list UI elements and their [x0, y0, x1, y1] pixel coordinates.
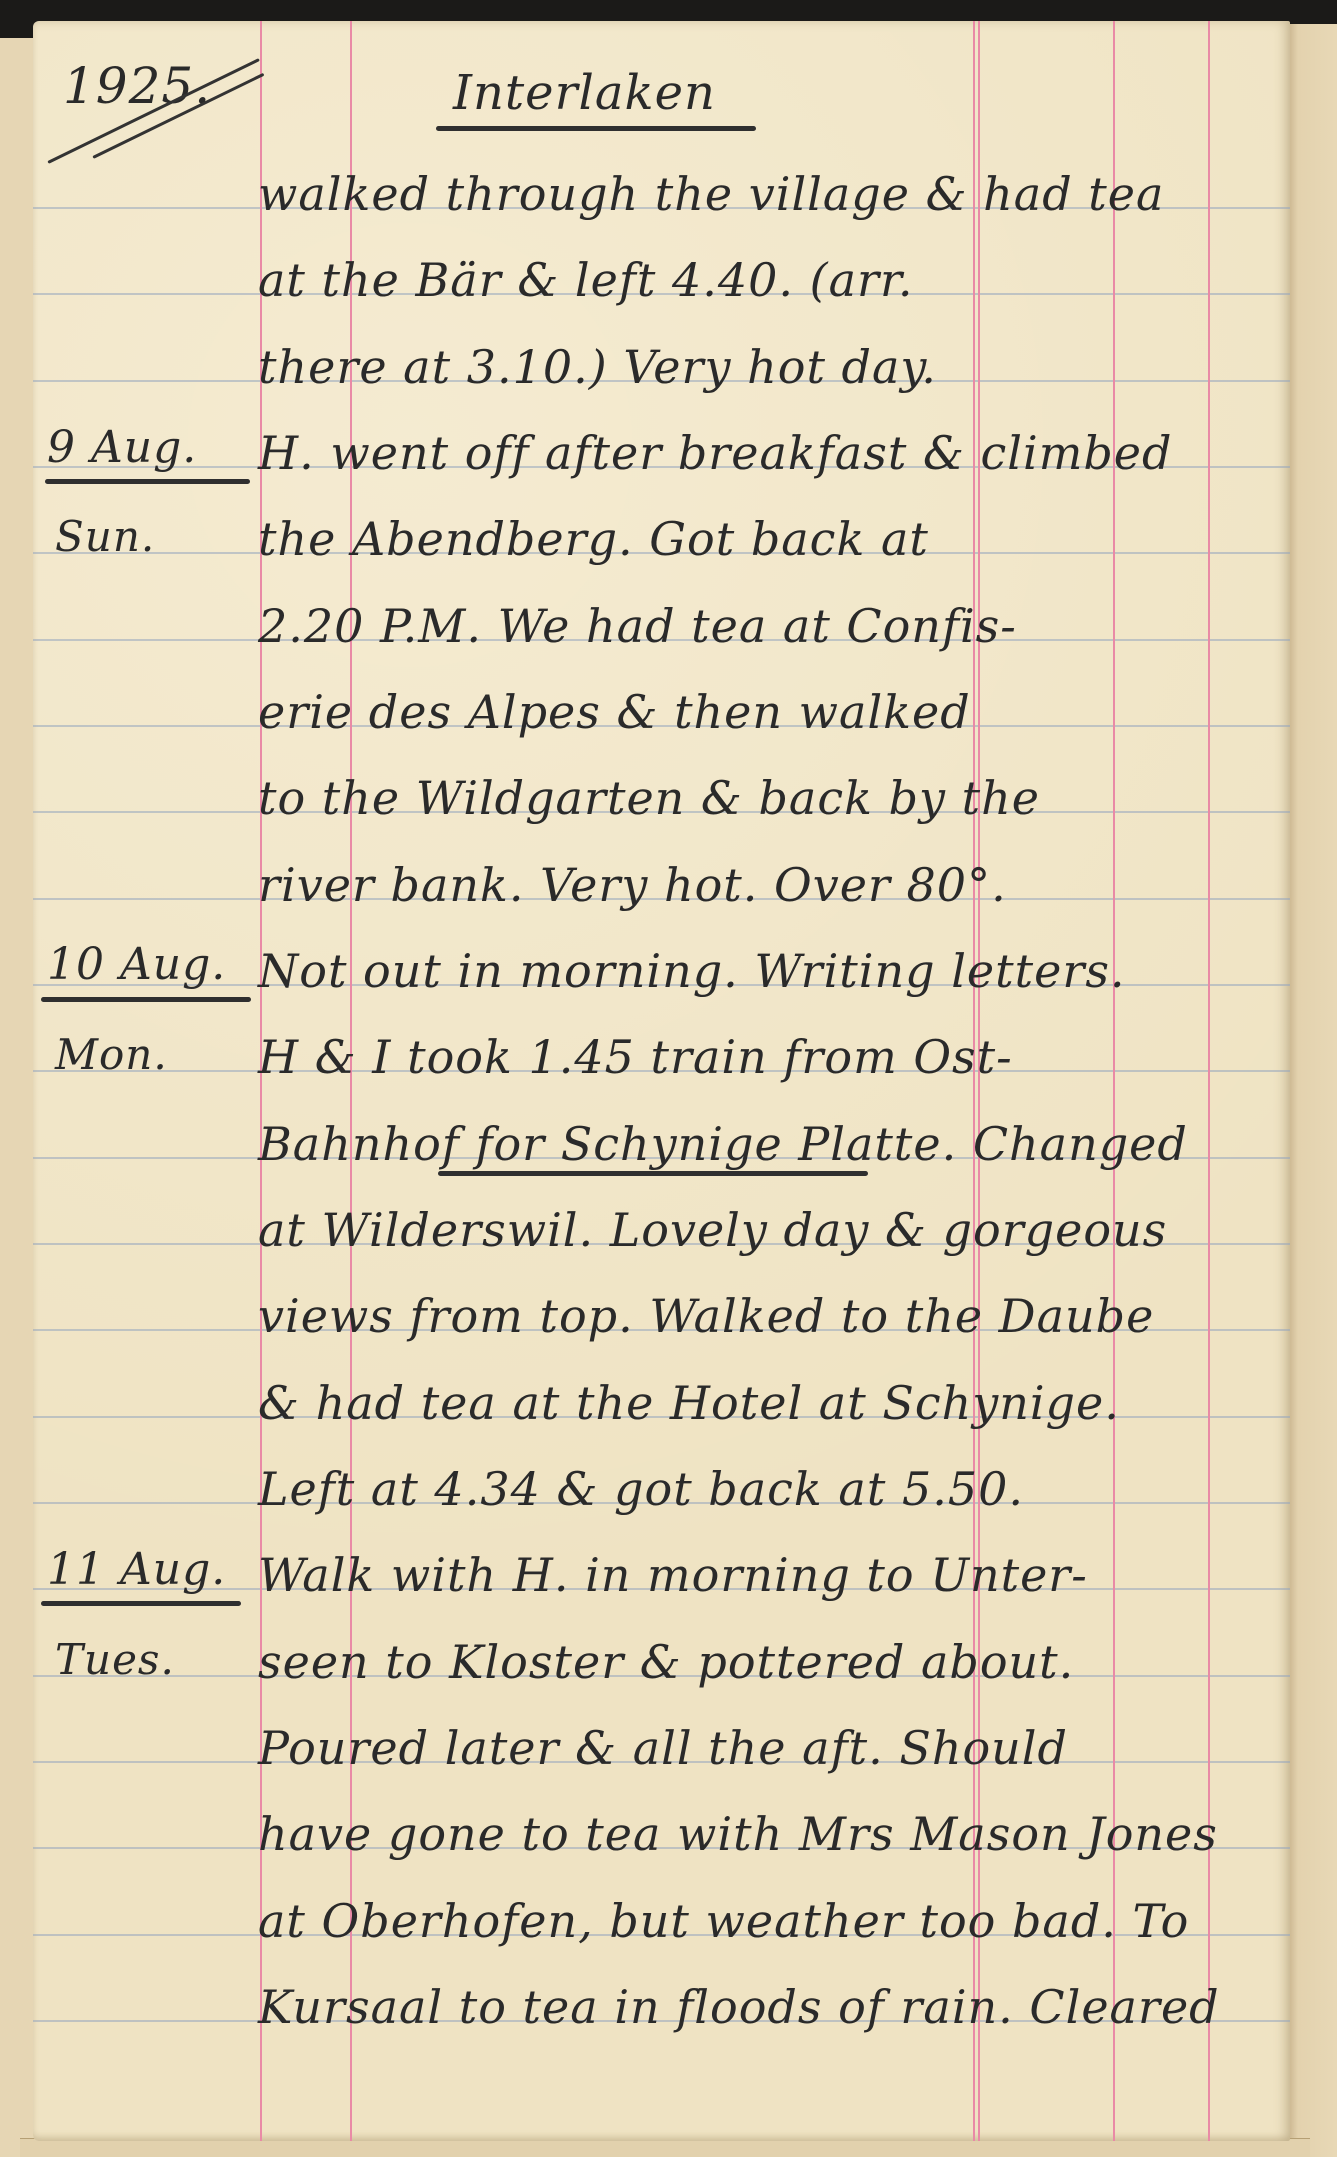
- diary-line: Left at 4.34 & got back at 5.50.: [258, 1466, 1268, 1512]
- year-heading: 1925.: [63, 61, 211, 111]
- diary-line: views from top. Walked to the Daube: [258, 1293, 1268, 1339]
- diary-line: at Oberhofen, but weather too bad. To: [258, 1898, 1268, 1944]
- title-underline: [436, 126, 756, 131]
- diary-line: H. went off after breakfast & climbed: [258, 430, 1268, 476]
- diary-line: to the Wildgarten & back by the: [258, 775, 1268, 821]
- diary-line: & had tea at the Hotel at Schynige.: [258, 1380, 1268, 1426]
- margin-weekday: Mon.: [55, 1034, 168, 1076]
- place-underline: [438, 1171, 868, 1176]
- page-title: Interlaken: [453, 69, 716, 117]
- diary-line: Poured later & all the aft. Should: [258, 1725, 1268, 1771]
- margin-weekday: Tues.: [55, 1639, 175, 1681]
- diary-line: at the Bär & left 4.40. (arr.: [258, 257, 1268, 303]
- margin-date: 11 Aug.: [47, 1548, 226, 1592]
- diary-line: Not out in morning. Writing letters.: [258, 948, 1268, 994]
- margin-weekday: Sun.: [55, 516, 155, 558]
- margin-date: 9 Aug.: [47, 426, 197, 470]
- diary-line: walked through the village & had tea: [258, 171, 1268, 217]
- diary-line: have gone to tea with Mrs Mason Jones: [258, 1811, 1268, 1857]
- date-underline: [41, 997, 251, 1002]
- next-page-edge: [1288, 24, 1337, 2157]
- diary-line: erie des Alpes & then walked: [258, 689, 1268, 735]
- margin-date: 10 Aug.: [47, 943, 226, 987]
- diary-line: seen to Kloster & pottered about.: [258, 1639, 1268, 1685]
- diary-line: at Wilderswil. Lovely day & gorgeous: [258, 1207, 1268, 1253]
- diary-line: Kursaal to tea in floods of rain. Cleare…: [258, 1984, 1268, 2030]
- diary-line: 2.20 P.M. We had tea at Confis-: [258, 603, 1268, 649]
- date-underline: [45, 479, 250, 484]
- diary-line: H & I took 1.45 train from Ost-: [258, 1034, 1268, 1080]
- diary-line: there at 3.10.) Very hot day.: [258, 344, 1268, 390]
- diary-page: 1925. Interlaken walked through the vill…: [33, 21, 1290, 2141]
- diary-line: Bahnhof for Schynige Platte. Changed: [258, 1121, 1268, 1167]
- diary-line: river bank. Very hot. Over 80°.: [258, 862, 1268, 908]
- diary-line: Walk with H. in morning to Unter-: [258, 1552, 1268, 1598]
- diary-line: the Abendberg. Got back at: [258, 516, 1268, 562]
- date-underline: [41, 1601, 241, 1606]
